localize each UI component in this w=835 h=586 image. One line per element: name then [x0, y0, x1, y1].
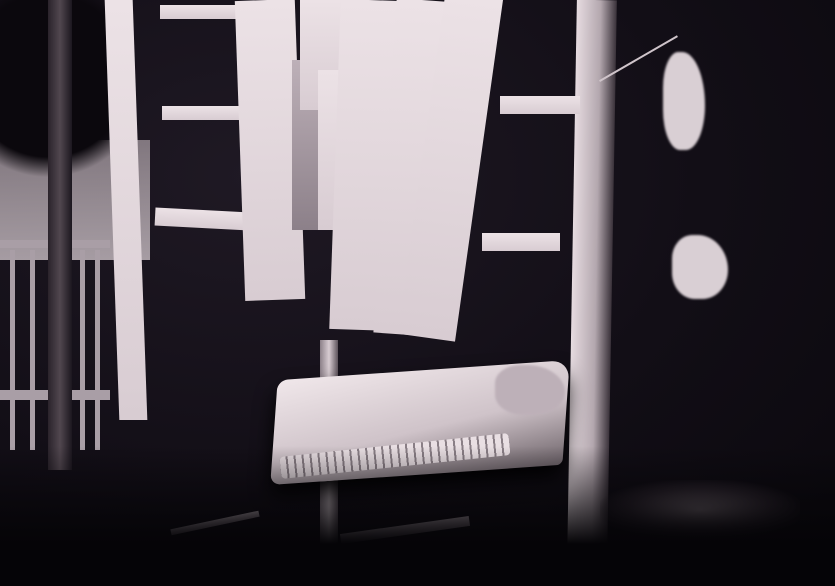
middle-rail-left	[162, 106, 242, 120]
middle-rail-right	[500, 96, 580, 114]
mattress-pillow	[495, 365, 565, 415]
left-post	[48, 0, 72, 470]
lower-rail-left	[155, 208, 251, 231]
ground	[0, 446, 835, 586]
photograph	[0, 0, 835, 586]
hanging-rag	[663, 52, 705, 150]
hanging-rag	[672, 235, 728, 299]
lower-rail-right	[482, 233, 560, 251]
